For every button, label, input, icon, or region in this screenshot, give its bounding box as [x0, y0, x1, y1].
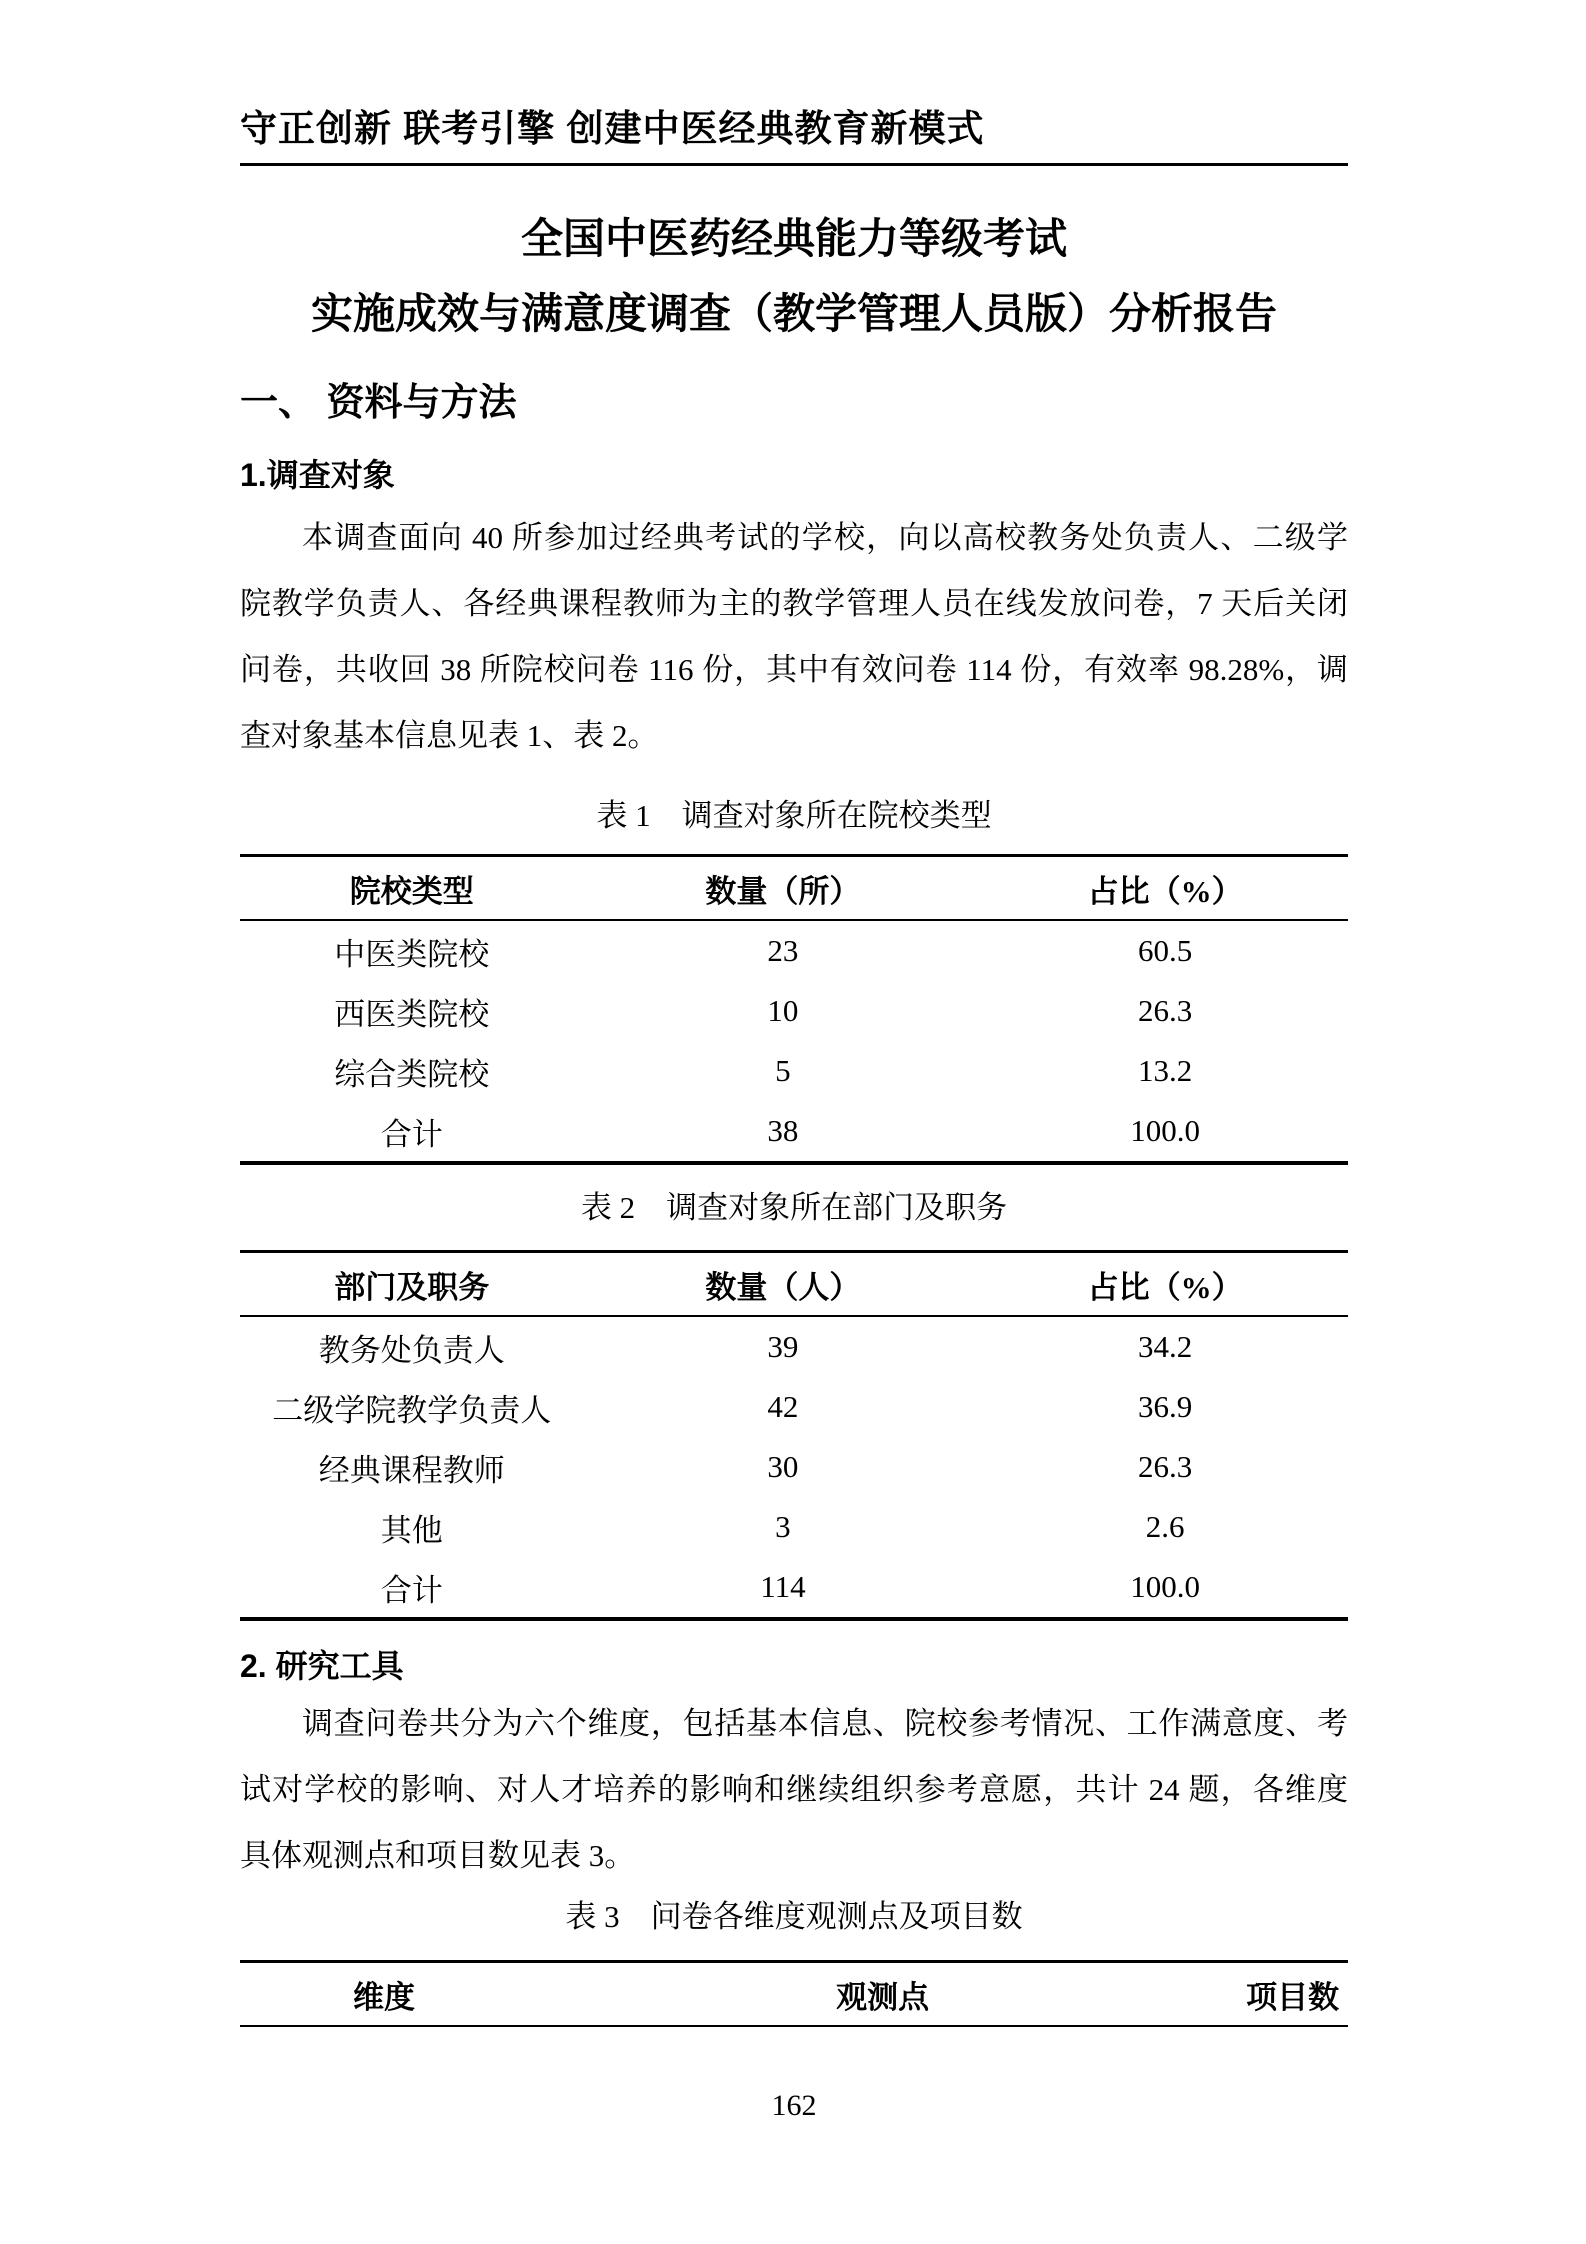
table-cell: 综合类院校 — [240, 1049, 583, 1094]
table-cell: 42 — [583, 1389, 982, 1425]
table-cell: 其他 — [240, 1505, 583, 1550]
table-cell: 34.2 — [982, 1329, 1348, 1365]
table-row: 中医类院校 23 60.5 — [240, 921, 1348, 981]
subsection-heading-survey-subjects: 1.调查对象 — [240, 459, 1348, 491]
table-cell: 10 — [583, 993, 982, 1029]
table-3: 维度 观测点 项目数 — [240, 1960, 1348, 2027]
paragraph-line: 调查问卷共分为六个维度，包括基本信息、院校参考情况、工作满意度、考 — [240, 1691, 1348, 1757]
document-title-line1: 全国中医药经典能力等级考试 — [240, 218, 1348, 260]
running-head: 守正创新 联考引擎 创建中医经典教育新模式 — [240, 110, 1348, 147]
table-cell: 二级学院教学负责人 — [240, 1385, 583, 1430]
table-1-caption: 表 1 调查对象所在院校类型 — [240, 800, 1348, 831]
column-header: 项目数 — [1237, 1972, 1348, 2017]
column-header: 占比（%） — [982, 866, 1348, 911]
paragraph-line: 院教学负责人、各经典课程教师为主的教学管理人员在线发放问卷，7 天后关闭 — [240, 571, 1348, 637]
document-title-line2: 实施成效与满意度调查（教学管理人员版）分析报告 — [240, 293, 1348, 335]
paragraph-research-tools: 调查问卷共分为六个维度，包括基本信息、院校参考情况、工作满意度、考 试对学校的影… — [240, 1691, 1348, 1889]
paragraph-line: 试对学校的影响、对人才培养的影响和继续组织参考意愿，共计 24 题，各维度 — [240, 1757, 1348, 1823]
column-header: 数量（所） — [583, 866, 982, 911]
table-cell: 26.3 — [982, 993, 1348, 1029]
table-cell: 经典课程教师 — [240, 1445, 583, 1490]
table-row-total: 合计 114 100.0 — [240, 1557, 1348, 1617]
paragraph-line: 问卷，共收回 38 所院校问卷 116 份，其中有效问卷 114 份，有效率 9… — [240, 637, 1348, 703]
column-header: 院校类型 — [240, 866, 583, 911]
column-header: 观测点 — [528, 1972, 1237, 2017]
column-header: 数量（人） — [583, 1262, 982, 1307]
table-cell: 3 — [583, 1509, 982, 1545]
column-header: 占比（%） — [982, 1262, 1348, 1307]
table-cell: 60.5 — [982, 933, 1348, 969]
table-row: 其他 3 2.6 — [240, 1497, 1348, 1557]
table-cell: 114 — [583, 1569, 982, 1605]
column-header: 维度 — [240, 1972, 528, 2017]
table-row: 综合类院校 5 13.2 — [240, 1041, 1348, 1101]
table-cell: 教务处负责人 — [240, 1325, 583, 1370]
table-cell: 23 — [583, 933, 982, 969]
table-cell: 合计 — [240, 1565, 583, 1610]
table-cell: 38 — [583, 1113, 982, 1149]
document-page: 守正创新 联考引擎 创建中医经典教育新模式 全国中医药经典能力等级考试 实施成效… — [0, 0, 1586, 2244]
table-row: 经典课程教师 30 26.3 — [240, 1437, 1348, 1497]
table-row-total: 合计 38 100.0 — [240, 1101, 1348, 1161]
table-row: 西医类院校 10 26.3 — [240, 981, 1348, 1041]
column-header: 部门及职务 — [240, 1262, 583, 1307]
header-rule — [240, 163, 1348, 166]
table-1: 院校类型 数量（所） 占比（%） 中医类院校 23 60.5 西医类院校 10 … — [240, 854, 1348, 1165]
table-cell: 中医类院校 — [240, 929, 583, 974]
table-cell: 100.0 — [982, 1569, 1348, 1605]
paragraph-line: 本调查面向 40 所参加过经典考试的学校，向以高校教务处负责人、二级学 — [240, 505, 1348, 571]
table-2-header-row: 部门及职务 数量（人） 占比（%） — [240, 1253, 1348, 1317]
table-2: 部门及职务 数量（人） 占比（%） 教务处负责人 39 34.2 二级学院教学负… — [240, 1250, 1348, 1621]
subsection-heading-research-tools: 2. 研究工具 — [240, 1650, 1348, 1682]
table-cell: 39 — [583, 1329, 982, 1365]
table-cell: 5 — [583, 1053, 982, 1089]
table-3-header-row: 维度 观测点 项目数 — [240, 1963, 1348, 2027]
paragraph-line: 查对象基本信息见表 1、表 2。 — [240, 703, 1348, 769]
table-cell: 2.6 — [982, 1509, 1348, 1545]
section-heading-methods: 一、 资料与方法 — [240, 384, 1348, 422]
table-cell: 合计 — [240, 1109, 583, 1154]
page-number: 162 — [240, 2091, 1348, 2121]
table-cell: 26.3 — [982, 1449, 1348, 1485]
table-2-caption: 表 2 调查对象所在部门及职务 — [240, 1192, 1348, 1223]
table-3-caption: 表 3 问卷各维度观测点及项目数 — [240, 1901, 1348, 1932]
table-cell: 13.2 — [982, 1053, 1348, 1089]
paragraph-survey-subjects: 本调查面向 40 所参加过经典考试的学校，向以高校教务处负责人、二级学 院教学负… — [240, 505, 1348, 769]
table-row: 二级学院教学负责人 42 36.9 — [240, 1377, 1348, 1437]
table-cell: 36.9 — [982, 1389, 1348, 1425]
table-cell: 30 — [583, 1449, 982, 1485]
table-cell: 西医类院校 — [240, 989, 583, 1034]
table-row: 教务处负责人 39 34.2 — [240, 1317, 1348, 1377]
paragraph-line: 具体观测点和项目数见表 3。 — [240, 1823, 1348, 1889]
table-cell: 100.0 — [982, 1113, 1348, 1149]
table-1-header-row: 院校类型 数量（所） 占比（%） — [240, 857, 1348, 921]
